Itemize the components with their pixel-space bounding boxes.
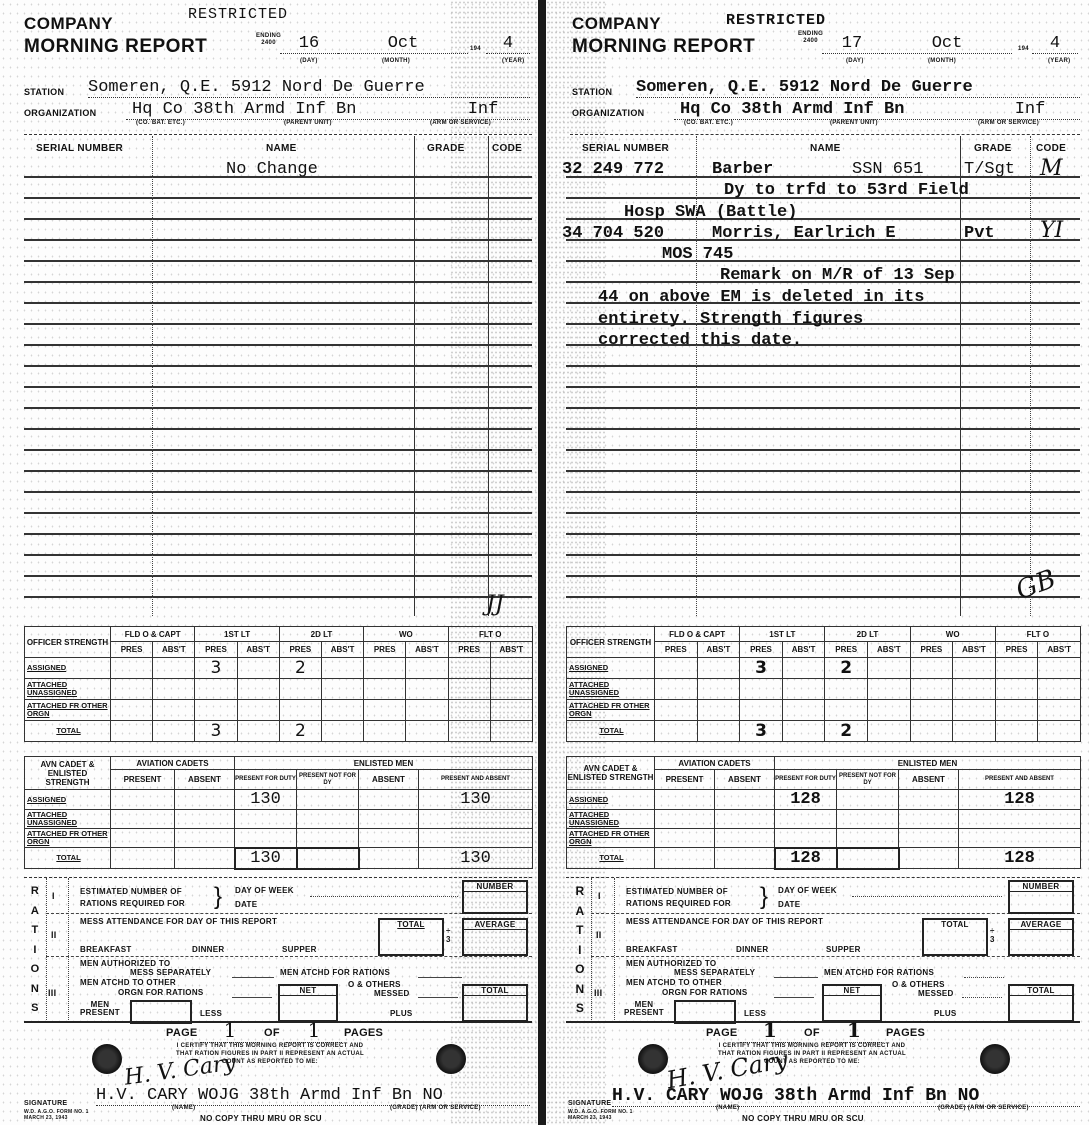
sub-pres: PRES (195, 642, 237, 658)
col-code: CODE (492, 143, 522, 154)
average-box[interactable]: AVERAGE (1008, 918, 1074, 956)
divider (68, 878, 69, 1020)
cell (364, 658, 406, 679)
sub-present-and-absent: PRESENT AND ABSENT (419, 770, 533, 790)
row-attached-fr-other-orgn: ATTACHED FR OTHER ORGN (25, 700, 111, 721)
divider (566, 877, 1080, 878)
report-day: 16 (280, 34, 338, 54)
officer-strength-label: OFFICER STRENGTH (567, 627, 655, 658)
row-attached-fr-other-orgn: ATTACHED FR OTHER ORGN (25, 829, 111, 848)
letter: O (30, 960, 40, 980)
divider (614, 878, 615, 1020)
divider (24, 877, 532, 878)
sub-pres: PRES (740, 642, 783, 658)
row-attached-unassigned: ATTACHED UNASSIGNED (567, 810, 655, 829)
text: RATIONS REQUIRED FOR (626, 898, 731, 910)
footer-note: NO COPY THRU MRU OR SCU (200, 1114, 322, 1123)
entry-code: M (1040, 156, 1063, 181)
entry-remark: Dy to trfd to 53rd Field (724, 181, 969, 200)
divider (591, 913, 1080, 914)
orgn-rations-line (774, 997, 814, 998)
section-i: I (598, 891, 601, 901)
net-box[interactable]: NET (278, 984, 338, 1022)
men-authorized-label: MEN AUTHORIZED TO (80, 959, 170, 968)
initials-mark: JJ (486, 592, 504, 617)
group-fld-o-capt: FLD O & CAPT (111, 627, 195, 642)
month-caption: (MONTH) (382, 58, 410, 64)
morning-report-oct-16: RESTRICTED COMPANY MORNING REPORT ENDING… (0, 0, 538, 1125)
cell-2d-lt-total: 2 (279, 721, 321, 742)
letter: S (574, 999, 586, 1019)
enlisted-strength-table: AVN CADET & ENLISTED STRENGTH AVIATION C… (24, 756, 533, 870)
entry-serial: 34 704 520 (562, 224, 664, 243)
letter: I (30, 941, 40, 961)
cell-1st-lt-total: 3 (195, 721, 237, 742)
sub-absent: ABSENT (175, 770, 235, 790)
sub-abst: ABS'T (406, 642, 448, 658)
col-divider-name (414, 136, 415, 616)
ending-text: ENDING (798, 31, 823, 38)
total2-label: TOTAL (464, 986, 526, 996)
sub-absent: ABSENT (715, 770, 775, 790)
report-month: Oct (882, 34, 1012, 54)
sub-pres: PRES (279, 642, 321, 658)
page-number: 1 (740, 1018, 800, 1043)
of-label: OF (804, 1027, 820, 1039)
o-others-label: O & OTHERS (348, 980, 401, 989)
group-enlisted-men: ENLISTED MEN (235, 757, 533, 770)
entry-remark: entirety. Strength figures (598, 310, 863, 329)
letter: N (574, 980, 586, 1000)
enlisted-strength-label: AVN CADET & ENLISTED STRENGTH (567, 757, 655, 790)
organization-value: Hq Co 38th Armd Inf Bn (126, 100, 436, 120)
day-caption: (DAY) (846, 58, 864, 64)
page-number: 1 (200, 1018, 260, 1043)
text: I CERTIFY THAT THIS MORNING REPORT IS CO… (692, 1042, 932, 1050)
section-i: I (52, 891, 55, 901)
cell-1st-lt-total: 3 (740, 721, 783, 742)
text: RATIONS REQUIRED FOR (80, 898, 185, 910)
men-present-label: MEN PRESENT (74, 1001, 126, 1017)
seal-hole-left (92, 1044, 122, 1074)
row-assigned: ASSIGNED (25, 790, 111, 810)
report-month: Oct (338, 34, 468, 54)
signature-label: SIGNATURE (24, 1100, 67, 1107)
col-serial-number: SERIAL NUMBER (582, 143, 669, 154)
ending-time: 2400 (256, 40, 281, 47)
ending-label: ENDING 2400 (798, 31, 823, 45)
row-total: TOTAL (25, 848, 111, 869)
group-wo: WO (910, 627, 995, 642)
day-of-week-line (310, 896, 458, 897)
org-caption-1: (CO. BAT. ETC.) (684, 120, 733, 126)
cell-present-for-duty: 130 (235, 790, 297, 810)
form-number: W.D. A.G.O. FORM NO. 1 MARCH 23, 1943 (568, 1109, 633, 1121)
col-name: NAME (266, 143, 297, 154)
cell-1st-lt-pres: 3 (195, 658, 237, 679)
letter: S (30, 999, 40, 1019)
sub-present-and-absent: PRESENT AND ABSENT (959, 770, 1081, 790)
less-label: LESS (200, 1009, 222, 1018)
group-1st-lt: 1ST LT (195, 627, 279, 642)
cell (448, 658, 490, 679)
text: MARCH 23, 1943 (24, 1115, 89, 1121)
estimated-rations-label: ESTIMATED NUMBER OF RATIONS REQUIRED FOR (80, 886, 185, 910)
dinner-label: DINNER (192, 945, 224, 954)
entry-ssn: SSN 651 (852, 160, 923, 179)
form-title-line2: MORNING REPORT (24, 36, 207, 58)
entry-no-change: No Change (226, 160, 318, 179)
brace: } (760, 884, 768, 910)
sub-absent: ABSENT (899, 770, 959, 790)
men-atchd-rations-line (418, 977, 462, 978)
cell-2d-lt-pres: 2 (279, 658, 321, 679)
org-caption-3: (ARM OR SERVICE) (430, 120, 491, 126)
year-prefix: 194 (470, 46, 481, 52)
dinner-label: DINNER (736, 945, 768, 954)
total-box[interactable]: TOTAL (378, 918, 444, 956)
men-authorized-label: MEN AUTHORIZED TO (626, 959, 716, 968)
row-attached-fr-other-orgn: ATTACHED FR OTHER ORGN (567, 829, 655, 848)
organization-label: ORGANIZATION (572, 108, 644, 118)
text: MARCH 23, 1943 (568, 1115, 633, 1121)
sub-abst: ABS'T (490, 642, 532, 658)
page-gutter (538, 0, 546, 1125)
letter: T (574, 921, 586, 941)
report-year: 4 (1032, 34, 1078, 54)
cell-1st-lt-pres: 3 (740, 658, 783, 679)
year-caption: (YEAR) (1048, 58, 1070, 64)
messed-line (962, 997, 1002, 998)
sub-present: PRESENT (111, 770, 175, 790)
cell-present-and-absent: 130 (419, 790, 533, 810)
sub-pres: PRES (910, 642, 953, 658)
sub-abst: ABS'T (953, 642, 996, 658)
men-present-label: MEN PRESENT (618, 1001, 670, 1017)
row-total: TOTAL (567, 848, 655, 869)
col-grade: GRADE (974, 143, 1012, 154)
sub-abst: ABS'T (867, 642, 910, 658)
letter: A (30, 902, 40, 922)
sub-pres: PRES (364, 642, 406, 658)
col-grade: GRADE (427, 143, 465, 154)
total-label: TOTAL (380, 920, 442, 929)
row-attached-unassigned: ATTACHED UNASSIGNED (25, 679, 111, 700)
letter: R (574, 882, 586, 902)
plus-label: PLUS (934, 1009, 957, 1018)
col-name: NAME (810, 143, 841, 154)
sub-abst: ABS'T (153, 642, 195, 658)
sub-present-for-duty: PRESENT FOR DUTY (775, 770, 837, 790)
row-attached-unassigned: ATTACHED UNASSIGNED (567, 679, 655, 700)
sub-present-for-duty: PRESENT FOR DUTY (235, 770, 297, 790)
page-label: PAGE (166, 1027, 198, 1039)
entry-remark: Hosp SWA (Battle) (624, 203, 797, 222)
total2-box[interactable]: TOTAL (462, 984, 528, 1022)
breakfast-label: BREAKFAST (626, 945, 678, 954)
group-flt-o: FLT O (995, 627, 1080, 642)
col-code: CODE (1036, 143, 1066, 154)
group-2d-lt: 2D LT (279, 627, 363, 642)
divider (46, 878, 47, 1020)
letter: R (30, 882, 40, 902)
org-caption-1: (CO. BAT. ETC.) (136, 120, 185, 126)
average-label: AVERAGE (1010, 920, 1072, 930)
cell (321, 658, 363, 679)
sub-pres: PRES (111, 642, 153, 658)
section-iii: III (48, 988, 56, 998)
divide-by-three: ÷ 3 (446, 926, 456, 944)
sub-pres: PRES (448, 642, 490, 658)
entry-remark: Remark on M/R of 13 Sep (720, 266, 955, 285)
orgn-rations-label: ORGN FOR RATIONS (662, 988, 748, 997)
cell (490, 658, 532, 679)
section-iii: III (594, 988, 602, 998)
organization-label: ORGANIZATION (24, 108, 96, 118)
officer-strength-table: OFFICER STRENGTH FLD O & CAPT 1ST LT 2D … (24, 626, 533, 742)
day-caption: (DAY) (300, 58, 318, 64)
ending-text: ENDING (256, 33, 281, 40)
orgn-rations-label: ORGN FOR RATIONS (118, 988, 204, 997)
number-label: NUMBER (1010, 882, 1072, 892)
sub-pres: PRES (655, 642, 698, 658)
average-label: AVERAGE (464, 920, 526, 930)
station-value: Someren, Q.E. 5912 Nord De Guerre (88, 78, 530, 98)
net-label: NET (280, 986, 336, 996)
col-divider-grade (488, 136, 489, 616)
letter: N (30, 980, 40, 1000)
mess-separately-line (774, 977, 818, 978)
grade-caption: (GRADE) (ARM OR SERVICE) (938, 1105, 1029, 1111)
col-divider-serial (152, 136, 153, 616)
brace: } (214, 884, 222, 910)
supper-label: SUPPER (282, 945, 317, 954)
group-fld-o-capt: FLD O & CAPT (655, 627, 740, 642)
section-ii: II (596, 930, 602, 940)
sub-abst: ABS'T (782, 642, 825, 658)
seal-hole-right (436, 1044, 466, 1074)
group-wo: WO (364, 627, 448, 642)
entry-name: Barber (712, 160, 773, 179)
cell (153, 658, 195, 679)
ending-time: 2400 (798, 38, 823, 45)
group-flt-o: FLT O (448, 627, 532, 642)
cell-total-present-for-duty: 130 (235, 848, 297, 869)
date-label: DATE (778, 900, 800, 909)
org-caption-2: (PARENT UNIT) (284, 120, 332, 126)
morning-report-oct-17: RESTRICTED COMPANY MORNING REPORT ENDING… (546, 0, 1089, 1125)
divider (570, 134, 1080, 135)
men-atchd-rations-label: MEN ATCHD FOR RATIONS (824, 968, 934, 977)
group-enlisted-men: ENLISTED MEN (775, 757, 1081, 770)
form-number: W.D. A.G.O. FORM NO. 1 MARCH 23, 1943 (24, 1109, 89, 1121)
station-label: STATION (24, 87, 64, 97)
group-1st-lt: 1ST LT (740, 627, 825, 642)
cell (237, 658, 279, 679)
day-of-week-line (852, 896, 1002, 897)
number-label: NUMBER (464, 882, 526, 892)
entry-remark: corrected this date. (598, 331, 802, 350)
entry-name: Morris, Earlrich E (712, 224, 896, 243)
form-title-line1: COMPANY (572, 14, 661, 34)
cell-2d-lt-total: 2 (825, 721, 868, 742)
mess-separately-label: MESS SEPARATELY (674, 968, 755, 977)
ending-label: ENDING 2400 (256, 33, 281, 47)
sub-abst: ABS'T (1038, 642, 1081, 658)
seal-hole-left (638, 1044, 668, 1074)
of-label: OF (264, 1027, 280, 1039)
cell-total-present-for-duty: 128 (775, 848, 837, 869)
messed-label: MESSED (374, 989, 410, 998)
divider (24, 1021, 532, 1023)
signer-name: H.V. CARY WOJG 38th Armd Inf Bn NO (96, 1086, 530, 1106)
men-atchd-other-label: MEN ATCHD TO OTHER (626, 978, 722, 987)
text: ESTIMATED NUMBER OF (626, 886, 731, 898)
col-serial-number: SERIAL NUMBER (36, 143, 123, 154)
station-value: Someren, Q.E. 5912 Nord De Guerre (636, 78, 1080, 98)
supper-label: SUPPER (826, 945, 861, 954)
org-caption-2: (PARENT UNIT) (830, 120, 878, 126)
signature-label: SIGNATURE (568, 1100, 611, 1107)
mess-separately-label: MESS SEPARATELY (130, 968, 211, 977)
sub-abst: ABS'T (697, 642, 740, 658)
form-title-line2: MORNING REPORT (572, 36, 755, 58)
letter: T (30, 921, 40, 941)
cell-total-present-and-absent: 130 (419, 848, 533, 869)
arm-value: Inf (436, 100, 530, 120)
name-caption: (NAME) (716, 1105, 739, 1111)
sub-pres: PRES (825, 642, 868, 658)
o-others-label: O & OTHERS (892, 980, 945, 989)
arm-value: Inf (980, 100, 1080, 120)
entry-code: YI (1040, 218, 1063, 243)
row-assigned: ASSIGNED (567, 658, 655, 679)
restricted-stamp: RESTRICTED (726, 12, 826, 29)
section-ii: II (51, 930, 57, 940)
pages-label: PAGES (886, 1027, 925, 1039)
men-atchd-rations-label: MEN ATCHD FOR RATIONS (280, 968, 390, 977)
row-assigned: ASSIGNED (25, 658, 111, 679)
entry-grade: Pvt (964, 224, 995, 243)
row-attached-unassigned: ATTACHED UNASSIGNED (25, 810, 111, 829)
sub-present: PRESENT (655, 770, 715, 790)
text: I CERTIFY THAT THIS MORNING REPORT IS CO… (150, 1042, 390, 1050)
group-aviation-cadets: AVIATION CADETS (655, 757, 775, 770)
row-total: TOTAL (25, 721, 111, 742)
row-total: TOTAL (567, 721, 655, 742)
sub-present-not-for-duty: PRESENT NOT FOR DY (297, 770, 359, 790)
pages-total: 1 (826, 1018, 882, 1043)
average-box[interactable]: AVERAGE (462, 918, 528, 956)
enlisted-strength-label: AVN CADET & ENLISTED STRENGTH (25, 757, 111, 790)
rations-side-label: R A T I O N S (30, 882, 40, 1019)
plus-label: PLUS (390, 1009, 413, 1018)
letter: O (574, 960, 586, 980)
number-box[interactable]: NUMBER (462, 880, 528, 914)
number-box[interactable]: NUMBER (1008, 880, 1074, 914)
divider (46, 913, 532, 914)
year-caption: (YEAR) (502, 58, 524, 64)
pages-label: PAGES (344, 1027, 383, 1039)
org-caption-3: (ARM OR SERVICE) (978, 120, 1039, 126)
messed-label: MESSED (918, 989, 954, 998)
divider (46, 956, 532, 957)
row-attached-fr-other-orgn: ATTACHED FR OTHER ORGN (567, 700, 655, 721)
report-day: 17 (822, 34, 882, 54)
name-caption: (NAME) (172, 1105, 195, 1111)
orgn-rations-line (232, 997, 272, 998)
enlisted-strength-table: AVN CADET & ENLISTED STRENGTH AVIATION C… (566, 756, 1081, 870)
grade-caption: (GRADE) (ARM OR SERVICE) (390, 1105, 481, 1111)
men-atchd-rations-line (964, 977, 1004, 978)
rations-side-label: R A T I O N S (574, 882, 586, 1019)
cell-2d-lt-pres: 2 (825, 658, 868, 679)
total2-box[interactable]: TOTAL (1008, 984, 1074, 1022)
cell (406, 658, 448, 679)
divider (24, 134, 532, 135)
seal-hole-right (980, 1044, 1010, 1074)
messed-line (418, 997, 458, 998)
form-title-line1: COMPANY (24, 14, 113, 34)
sub-abst: ABS'T (237, 642, 279, 658)
cell (111, 658, 153, 679)
sub-absent: ABSENT (359, 770, 419, 790)
total2-label: TOTAL (1010, 986, 1072, 996)
cell-present-and-absent: 128 (959, 790, 1081, 810)
sub-abst: ABS'T (321, 642, 363, 658)
group-2d-lt: 2D LT (825, 627, 910, 642)
total-box[interactable]: TOTAL (922, 918, 988, 956)
sub-pres: PRES (995, 642, 1038, 658)
breakfast-label: BREAKFAST (80, 945, 132, 954)
sub-present-not-for-duty: PRESENT NOT FOR DY (837, 770, 899, 790)
restricted-stamp: RESTRICTED (188, 6, 288, 23)
less-label: LESS (744, 1009, 766, 1018)
net-label: NET (824, 986, 880, 996)
entry-lines (24, 157, 532, 617)
estimated-rations-label: ESTIMATED NUMBER OF RATIONS REQUIRED FOR (626, 886, 731, 910)
pages-total: 1 (286, 1018, 342, 1043)
net-box[interactable]: NET (822, 984, 882, 1022)
group-aviation-cadets: AVIATION CADETS (111, 757, 235, 770)
year-prefix: 194 (1018, 46, 1029, 52)
footer-note: NO COPY THRU MRU OR SCU (742, 1114, 864, 1123)
station-label: STATION (572, 87, 612, 97)
row-assigned: ASSIGNED (567, 790, 655, 810)
letter: A (574, 902, 586, 922)
letter: I (574, 941, 586, 961)
cell-present-for-duty: 128 (775, 790, 837, 810)
col-divider-name (960, 136, 961, 616)
entry-remark: MOS 745 (662, 245, 733, 264)
officer-strength-label: OFFICER STRENGTH (25, 627, 111, 658)
divider (591, 878, 592, 1020)
entry-remark: 44 on above EM is deleted in its (598, 288, 924, 307)
mess-attendance-label: MESS ATTENDANCE FOR DAY OF THIS REPORT (80, 917, 277, 926)
mess-attendance-label: MESS ATTENDANCE FOR DAY OF THIS REPORT (626, 917, 823, 926)
month-caption: (MONTH) (928, 58, 956, 64)
cell-total-present-and-absent: 128 (959, 848, 1081, 869)
total-label: TOTAL (924, 920, 986, 929)
entry-grade: T/Sgt (964, 160, 1015, 179)
date-label: DATE (235, 900, 257, 909)
day-of-week-label: DAY OF WEEK (235, 886, 294, 895)
men-atchd-other-label: MEN ATCHD TO OTHER (80, 978, 176, 987)
col-divider-grade (1030, 136, 1031, 616)
text: ESTIMATED NUMBER OF (80, 886, 185, 898)
divider (566, 1021, 1080, 1023)
entry-serial: 32 249 772 (562, 160, 664, 179)
